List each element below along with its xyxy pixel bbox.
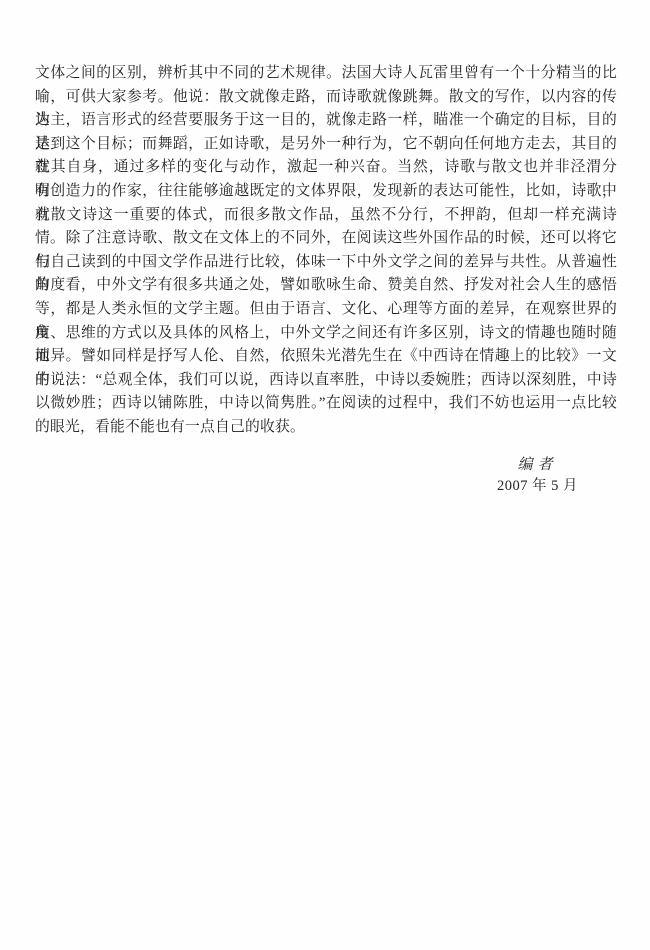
text-line: 度、思维的方式以及具体的风格上，中外文学之间还有许多区别，诗文的情趣也随时随地 [35,322,617,346]
editor-name: 编者 [445,455,630,475]
text-line: 文体之间的区别，辨析其中不同的艺术规律。法国大诗人瓦雷里曾有一个十分精当的比 [35,62,617,86]
signature-block: 编者 2007 年 5 月 [445,455,630,495]
signature-date: 2007 年 5 月 [445,477,630,495]
text-line: 在其自身，通过多样的变化与动作，激起一种兴奋。当然，诗歌与散文也并非泾渭分明， [35,156,617,180]
text-line: 除了注意诗歌、散文在文体上的不同外，在阅读这些外国作品的时候，还可以将它们 [35,227,617,251]
text-line: 与自己读到的中国文学作品进行比较，体味一下中外文学之间的差异与共性。从普遍性的 [35,251,617,275]
body-text: 文体之间的区别，辨析其中不同的艺术规律。法国大诗人瓦雷里曾有一个十分精当的比喻，… [35,62,617,440]
text-line: 达到这个目标；而舞蹈，正如诗歌，是另外一种行为，它不朝向任何地方走去，其目的就 [35,133,617,157]
text-line: 以微妙胜；西诗以铺陈胜，中诗以简隽胜。”在阅读的过程中，我们不妨也运用一点比较 [35,392,617,416]
text-line: 角度看，中外文学有很多共通之处，譬如歌咏生命、赞美自然、抒发对社会人生的感悟 [35,274,617,298]
text-line: 而异。譬如同样是抒写人伦、自然，依照朱光潜先生在《中西诗在情趣上的比较》一文中 [35,345,617,369]
scanned-book-page: 文体之间的区别，辨析其中不同的艺术规律。法国大诗人瓦雷里曾有一个十分精当的比喻，… [0,0,650,950]
text-line: 有创造力的作家，往往能够逾越既定的文体界限，发现新的表达可能性，比如，诗歌中就 [35,180,617,204]
text-line: 等，都是人类永恒的文学主题。但由于语言、文化、心理等方面的差异，在观察世界的角 [35,298,617,322]
text-line: 的说法：“总观全体，我们可以说，西诗以直率胜，中诗以委婉胜；西诗以深刻胜，中诗 [35,369,617,393]
text-line: 为主，语言形式的经营要服务于这一目的，就像走路一样，瞄准一个确定的目标，目的是 [35,109,617,133]
text-line: 有散文诗这一重要的体式，而很多散文作品，虽然不分行，不押韵，但却一样充满诗情。 [35,204,617,228]
text-line: 喻，可供大家参考。他说：散文就像走路，而诗歌就像跳舞。散文的写作，以内容的传达 [35,86,617,110]
text-line: 的眼光，看能不能也有一点自己的收获。 [35,416,617,440]
